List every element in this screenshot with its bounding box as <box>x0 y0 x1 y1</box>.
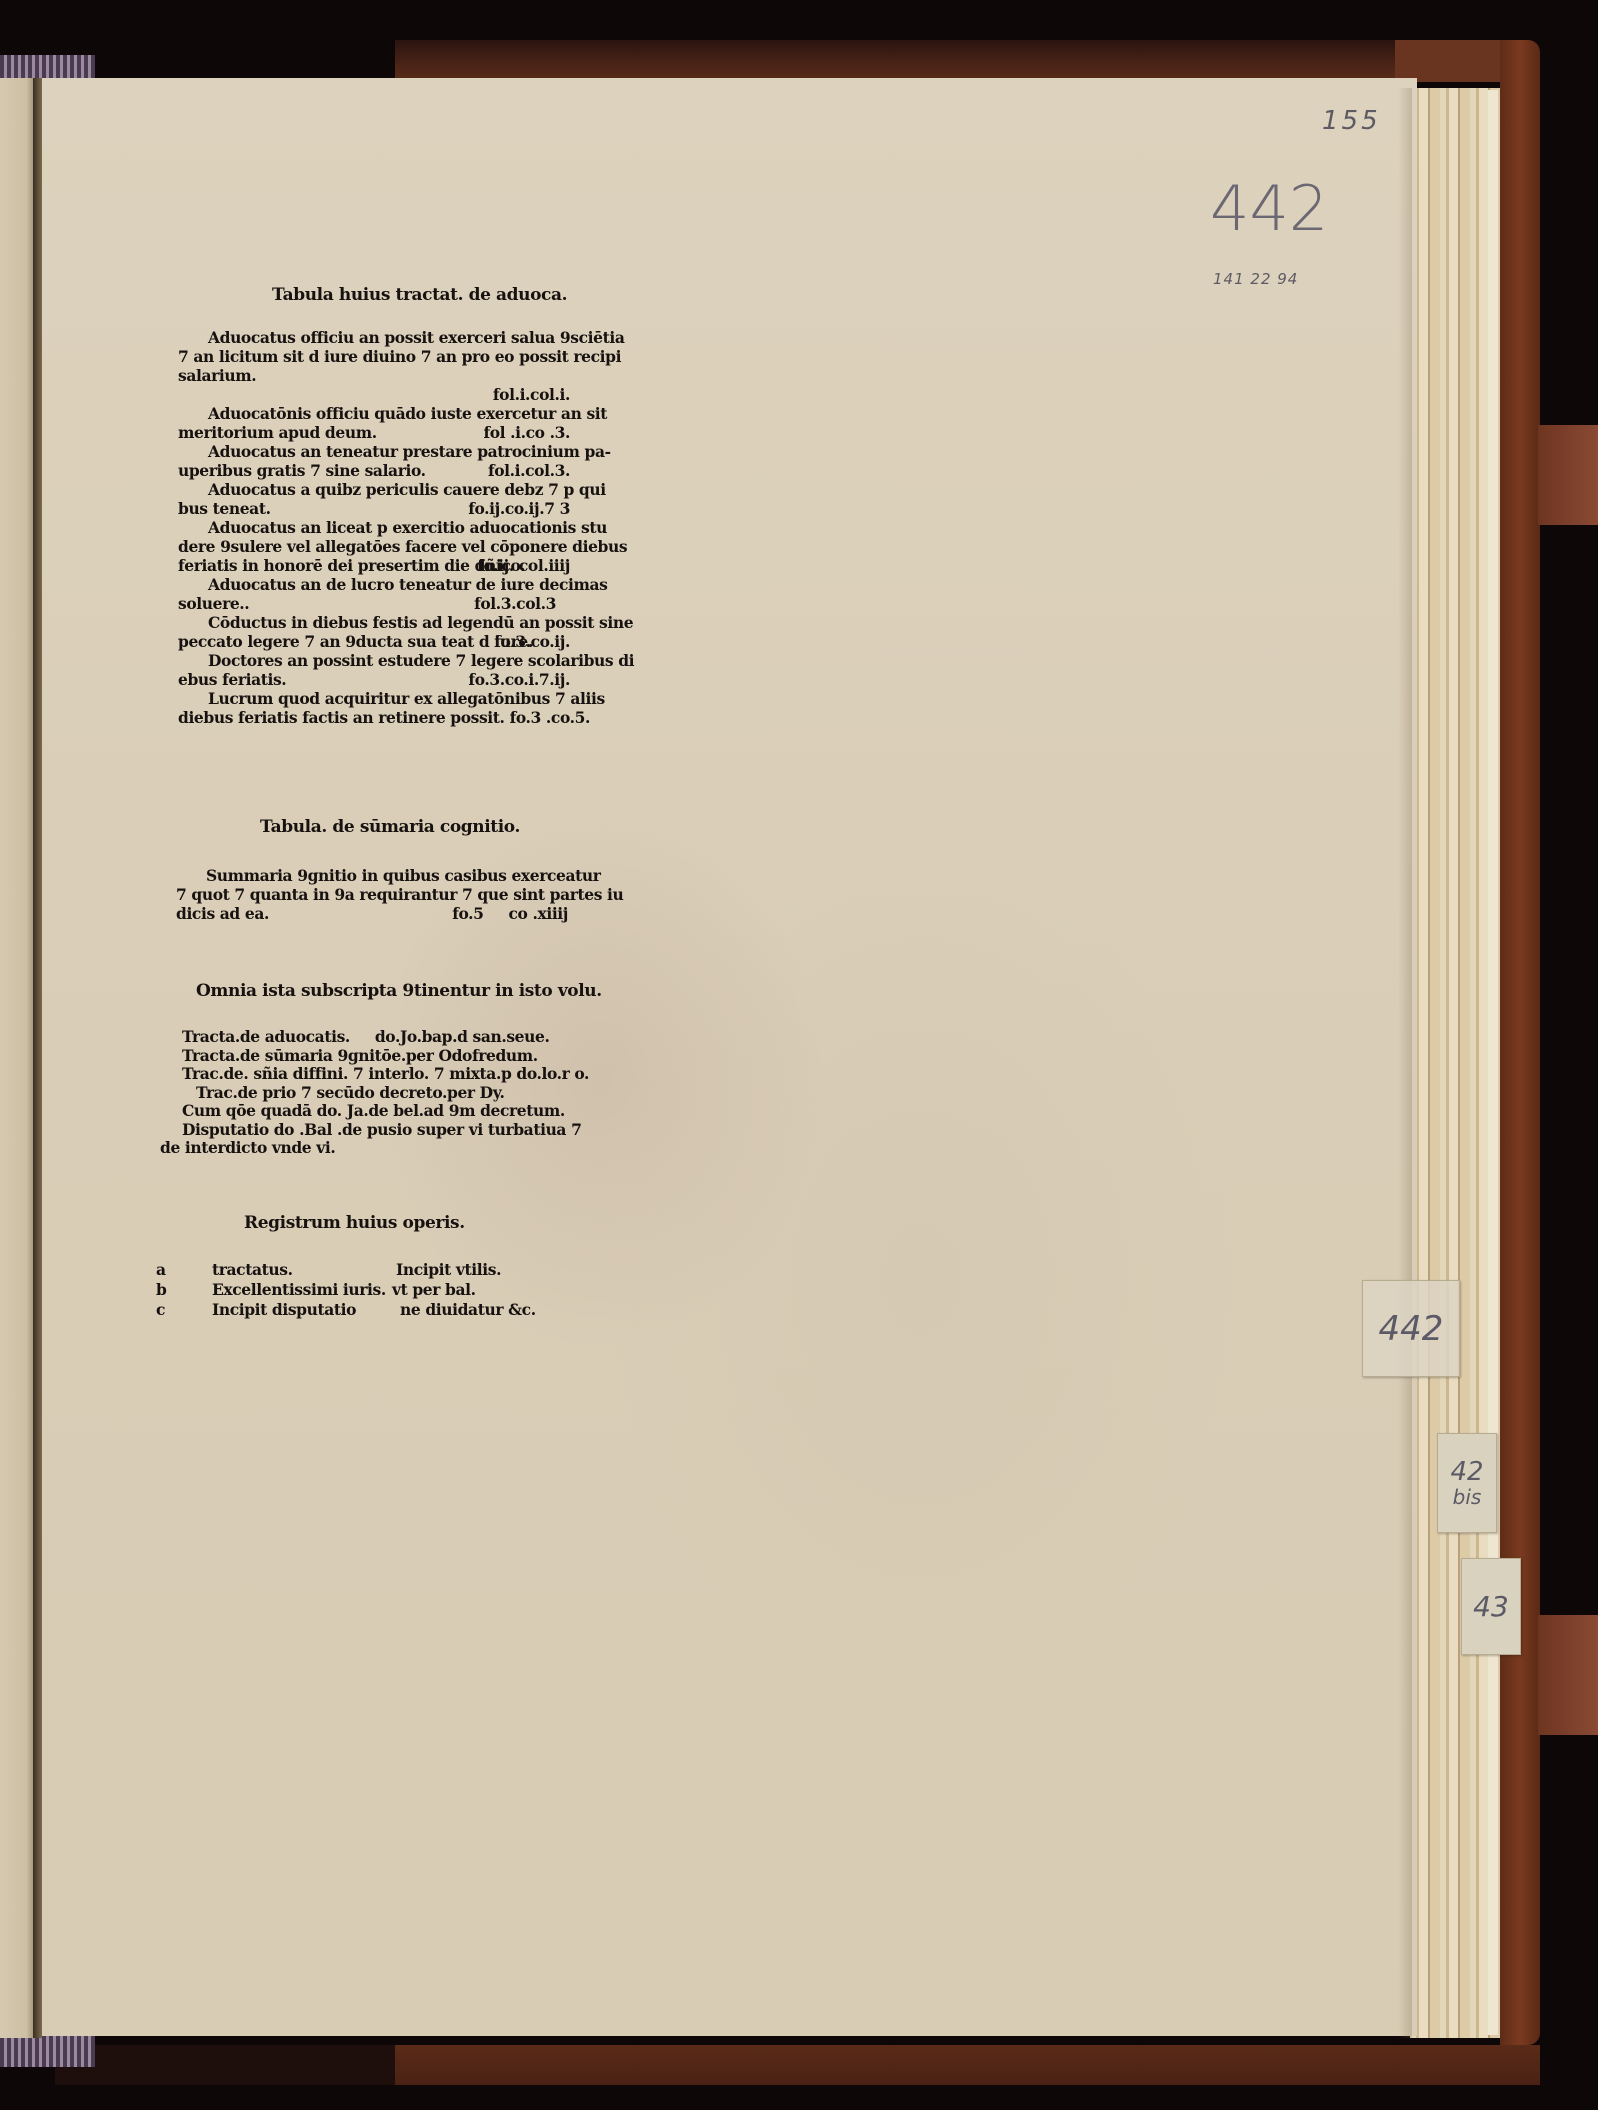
contents-item: Trac.de prio 7 secūdo decreto.per Dy. <box>182 1084 589 1103</box>
headband-bottom <box>0 2035 95 2067</box>
register-explicit: ne diuidatur &c. <box>400 1300 536 1319</box>
signature-letter: c <box>156 1300 165 1319</box>
folio-reference: fo.ij. col.iiij <box>477 556 570 575</box>
binding-bottom-board <box>390 2045 1540 2085</box>
entry-line: Cōductus in diebus festis ad legendū an … <box>178 613 570 632</box>
table1-entry: Aduocatus an liceat p exercitio aduocati… <box>178 518 570 575</box>
contents-item: Disputatio do .Bal .de pusio super vi tu… <box>182 1121 589 1140</box>
table1-entry: Aduocatus an de lucro teneatur de iure d… <box>178 575 570 613</box>
tab-label: 442 <box>1379 1312 1444 1346</box>
folio-reference: fo.3.co.i.7.ij. <box>468 670 570 689</box>
contents-list: Tracta.de aduocatis. do.Jo.bap.d san.seu… <box>182 1028 589 1158</box>
entry-line: Aduocatus officiu an possit exerceri sal… <box>178 328 570 347</box>
contents-item: Trac.de. sñia diffini. 7 interlo. 7 mixt… <box>182 1065 589 1084</box>
register-incipit: Incipit disputatio <box>212 1300 356 1319</box>
table1-entry: Doctores an possint estudere 7 legere sc… <box>178 651 570 689</box>
gutter <box>33 78 42 2038</box>
fore-edge-flyleaf <box>1488 90 1498 2035</box>
edge-tab-43[interactable]: 43 <box>1461 1558 1521 1655</box>
entry-line: Summaria 9gnitio in quibus casibus exerc… <box>176 866 568 885</box>
edge-tab-42-bis[interactable]: 42 bis <box>1437 1433 1497 1533</box>
register-explicit: vt per bal. <box>392 1280 476 1299</box>
clasp-strap-upper <box>1538 425 1598 525</box>
table2-entry: Summaria 9gnitio in quibus casibus exerc… <box>176 866 568 923</box>
folio-reference: fo.ij.co.ij.7 3 <box>468 499 570 518</box>
register-table: a tractatus. Incipit vtilis. b Excellent… <box>156 1260 516 1330</box>
register-explicit: Incipit vtilis. <box>396 1260 501 1279</box>
entry-line: 7 quot 7 quanta in 9a requirantur 7 que … <box>176 885 568 904</box>
table1-entry: Aduocatus officiu an possit exerceri sal… <box>178 328 570 385</box>
contents-heading: Omnia ista subscripta 9tinentur in isto … <box>196 982 602 1001</box>
folio-reference: fol.3.col.3 <box>474 594 556 613</box>
register-heading: Registrum huius operis. <box>244 1214 465 1233</box>
entry-line: Aduocatus an de lucro teneatur de iure d… <box>178 575 570 594</box>
table1-heading: Tabula huius tractat. de aduoca. <box>272 286 567 305</box>
entry-line: Lucrum quod acquiritur ex allegatōnibus … <box>178 689 570 708</box>
page-edge-shadow <box>1398 88 1412 2038</box>
entry-line: Doctores an possint estudere 7 legere sc… <box>178 651 570 670</box>
tab-label: 43 <box>1473 1593 1509 1621</box>
edge-tab-442[interactable]: 442 <box>1362 1280 1460 1377</box>
folio-reference: fo.3 .co.5. <box>510 708 590 727</box>
folio-reference: fo.5 co .xiiij <box>452 904 568 923</box>
table2-entries: Summaria 9gnitio in quibus casibus exerc… <box>176 866 568 923</box>
table1-entry: Cōductus in diebus festis ad legendū an … <box>178 613 570 651</box>
signature-letter: b <box>156 1280 166 1299</box>
binding-top-board <box>395 40 1530 82</box>
table1-entry: Aduocatus an teneatur prestare patrocini… <box>178 442 570 480</box>
entry-line: 7 an licitum sit d iure diuino 7 an pro … <box>178 347 570 366</box>
table1-entry: Aduocatus a quibz periculis cauere debz … <box>178 480 570 518</box>
entry-line: Aduocatōnis officiu quādo iuste exercetu… <box>178 404 570 423</box>
entry-line: Aduocatus an teneatur prestare patrocini… <box>178 442 570 461</box>
clasp-strap-lower <box>1538 1615 1598 1735</box>
accession-annotation: 141 22 94 <box>1213 270 1298 288</box>
signature-letter: a <box>156 1260 166 1279</box>
shelf-number-annotation: 442 <box>1210 172 1328 245</box>
table1-entries: Aduocatus officiu an possit exerceri sal… <box>178 328 570 727</box>
entry-line: dere 9sulere vel allegatōes facere vel c… <box>178 537 570 556</box>
table2-heading: Tabula. de sūmaria cognitio. <box>260 818 520 837</box>
folio-reference: fol.i.col.3. <box>488 461 570 480</box>
register-incipit: Excellentissimi iuris. <box>212 1280 386 1299</box>
contents-item: Cum qōe quadā do. Ja.de bel.ad 9m decret… <box>182 1102 589 1121</box>
entry-line: Aduocatus a quibz periculis cauere debz … <box>178 480 570 499</box>
entry-line: salarium. <box>178 366 570 385</box>
tab-label: 42 <box>1450 1459 1483 1485</box>
binding-right-board <box>1500 40 1540 2045</box>
table1-entry: Lucrum quod acquiritur ex allegatōnibus … <box>178 689 570 727</box>
tab-sublabel: bis <box>1453 1487 1482 1507</box>
fore-edge-leaves <box>1410 88 1500 2038</box>
verso-page-edge <box>0 78 33 2038</box>
folio-reference: fo.3.co.ij. <box>494 632 570 651</box>
contents-item: de interdicto vnde vi. <box>160 1139 589 1158</box>
folio-reference: fol .i.co .3. <box>483 423 570 442</box>
contents-item: Tracta.de sūmaria 9gnitōe.per Odofredum. <box>182 1047 589 1066</box>
contents-item: Tracta.de aduocatis. do.Jo.bap.d san.seu… <box>182 1028 589 1047</box>
entry-line: Aduocatus an liceat p exercitio aduocati… <box>178 518 570 537</box>
table1-entry: Aduocatōnis officiu quādo iuste exercetu… <box>178 404 570 442</box>
register-incipit: tractatus. <box>212 1260 293 1279</box>
folio-number-annotation: 155 <box>1322 106 1381 136</box>
folio-reference: fol.i.col.i. <box>493 385 570 404</box>
binding-bottom-shadow <box>55 2045 395 2085</box>
